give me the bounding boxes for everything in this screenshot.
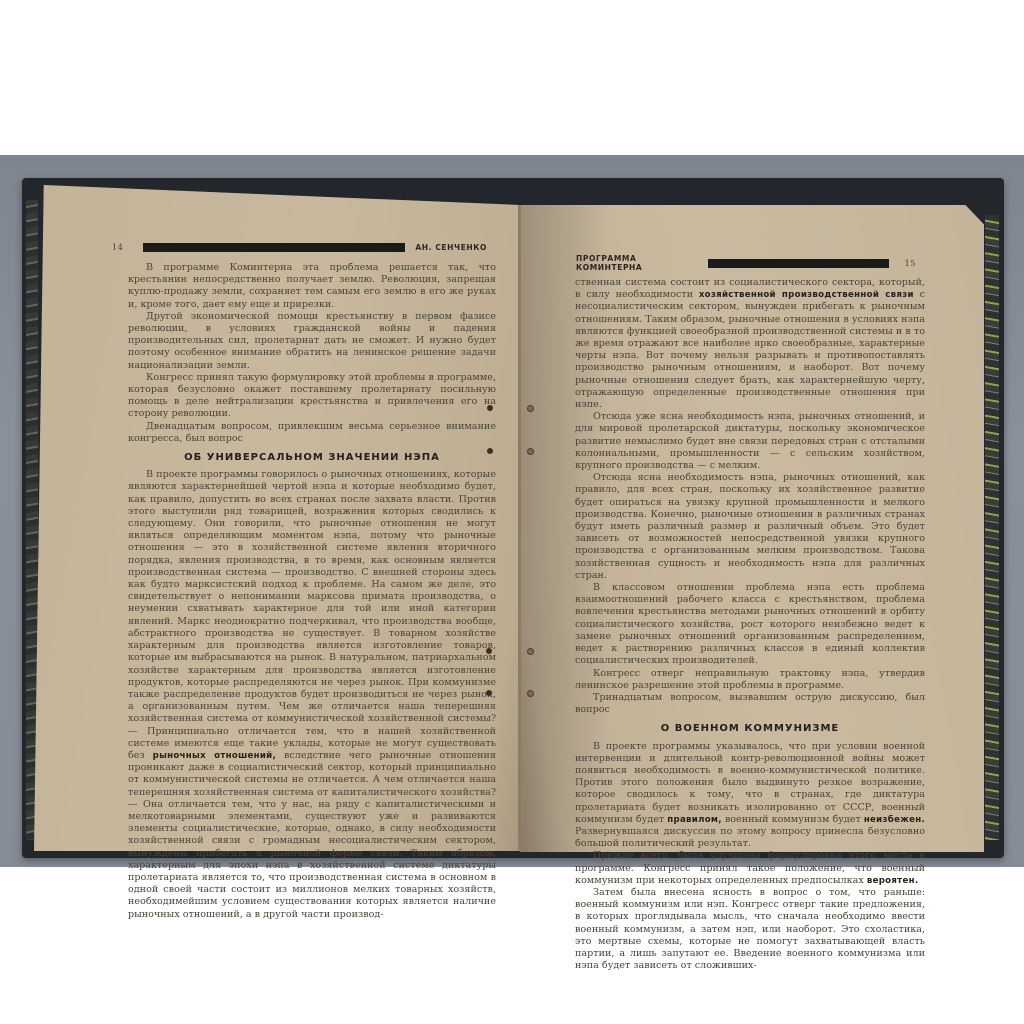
paragraph: Двенадцатым вопросом, привлекшим весьма …	[128, 421, 496, 445]
left-page-body: В программе Коминтерна эта проблема реша…	[128, 262, 496, 921]
paragraph: В классовом отношении проблема нэпа есть…	[575, 582, 925, 667]
paragraph: Конгресс принял такую формулировку этой …	[128, 372, 496, 421]
section-title: ОБ УНИВЕРСАЛЬНОМ ЗНАЧЕНИИ НЭПА	[128, 452, 496, 464]
running-head: АН. СЕНЧЕНКО	[415, 243, 487, 252]
binding-hole	[527, 648, 534, 655]
book-gutter	[518, 205, 521, 850]
emphasis: неизбежен.	[864, 815, 925, 825]
paragraph: Конгресс отверг неправильную трактовку н…	[575, 668, 925, 692]
section-title: О ВОЕННОМ КОММУНИЗМЕ	[575, 723, 925, 735]
paragraph: Тринадцатым вопросом, вызвавшим острую д…	[575, 692, 925, 716]
header-rule	[708, 259, 888, 268]
emphasis: рыночных отношений,	[153, 751, 276, 761]
binding-hole	[486, 690, 492, 696]
paragraph: Отсюда ясна необходимость нэпа, рыночных…	[575, 472, 925, 582]
left-running-header: 14 АН. СЕНЧЕНКО	[112, 240, 512, 254]
marbled-edge-right	[985, 215, 999, 840]
binding-hole	[527, 690, 534, 697]
page-number: 14	[112, 243, 123, 252]
page-number: 15	[905, 259, 916, 268]
binding-hole	[527, 448, 534, 455]
paragraph: Прежде всего, была улучшена формулировка…	[575, 850, 925, 887]
emphasis: вероятен.	[867, 876, 919, 886]
paragraph: В программе Коминтерна эта проблема реша…	[128, 262, 496, 311]
header-rule	[143, 243, 405, 252]
binding-hole	[487, 448, 493, 454]
right-running-header: ПРОГРАММА КОМИНТЕРНА 15	[576, 256, 916, 270]
binding-hole	[487, 405, 493, 411]
paragraph: Отсюда уже ясна необходимость нэпа, рыно…	[575, 411, 925, 472]
paragraph: ственная система состоит из социалистиче…	[575, 277, 925, 411]
paragraph: Затем была внесена ясность в вопрос о то…	[575, 887, 925, 972]
running-head: ПРОГРАММА КОМИНТЕРНА	[576, 254, 698, 272]
paragraph: В проекте программы указывалось, что при…	[575, 741, 925, 851]
emphasis: правилом,	[667, 815, 722, 825]
paragraph: Другой экономической помощи крестьянству…	[128, 311, 496, 372]
binding-hole	[486, 648, 492, 654]
right-page-body: ственная система состоит из социалистиче…	[575, 277, 925, 972]
emphasis: хозяйственной производственной связи	[699, 290, 914, 300]
paragraph: В проекте программы говорилось о рыночны…	[128, 469, 496, 921]
binding-hole	[527, 405, 534, 412]
